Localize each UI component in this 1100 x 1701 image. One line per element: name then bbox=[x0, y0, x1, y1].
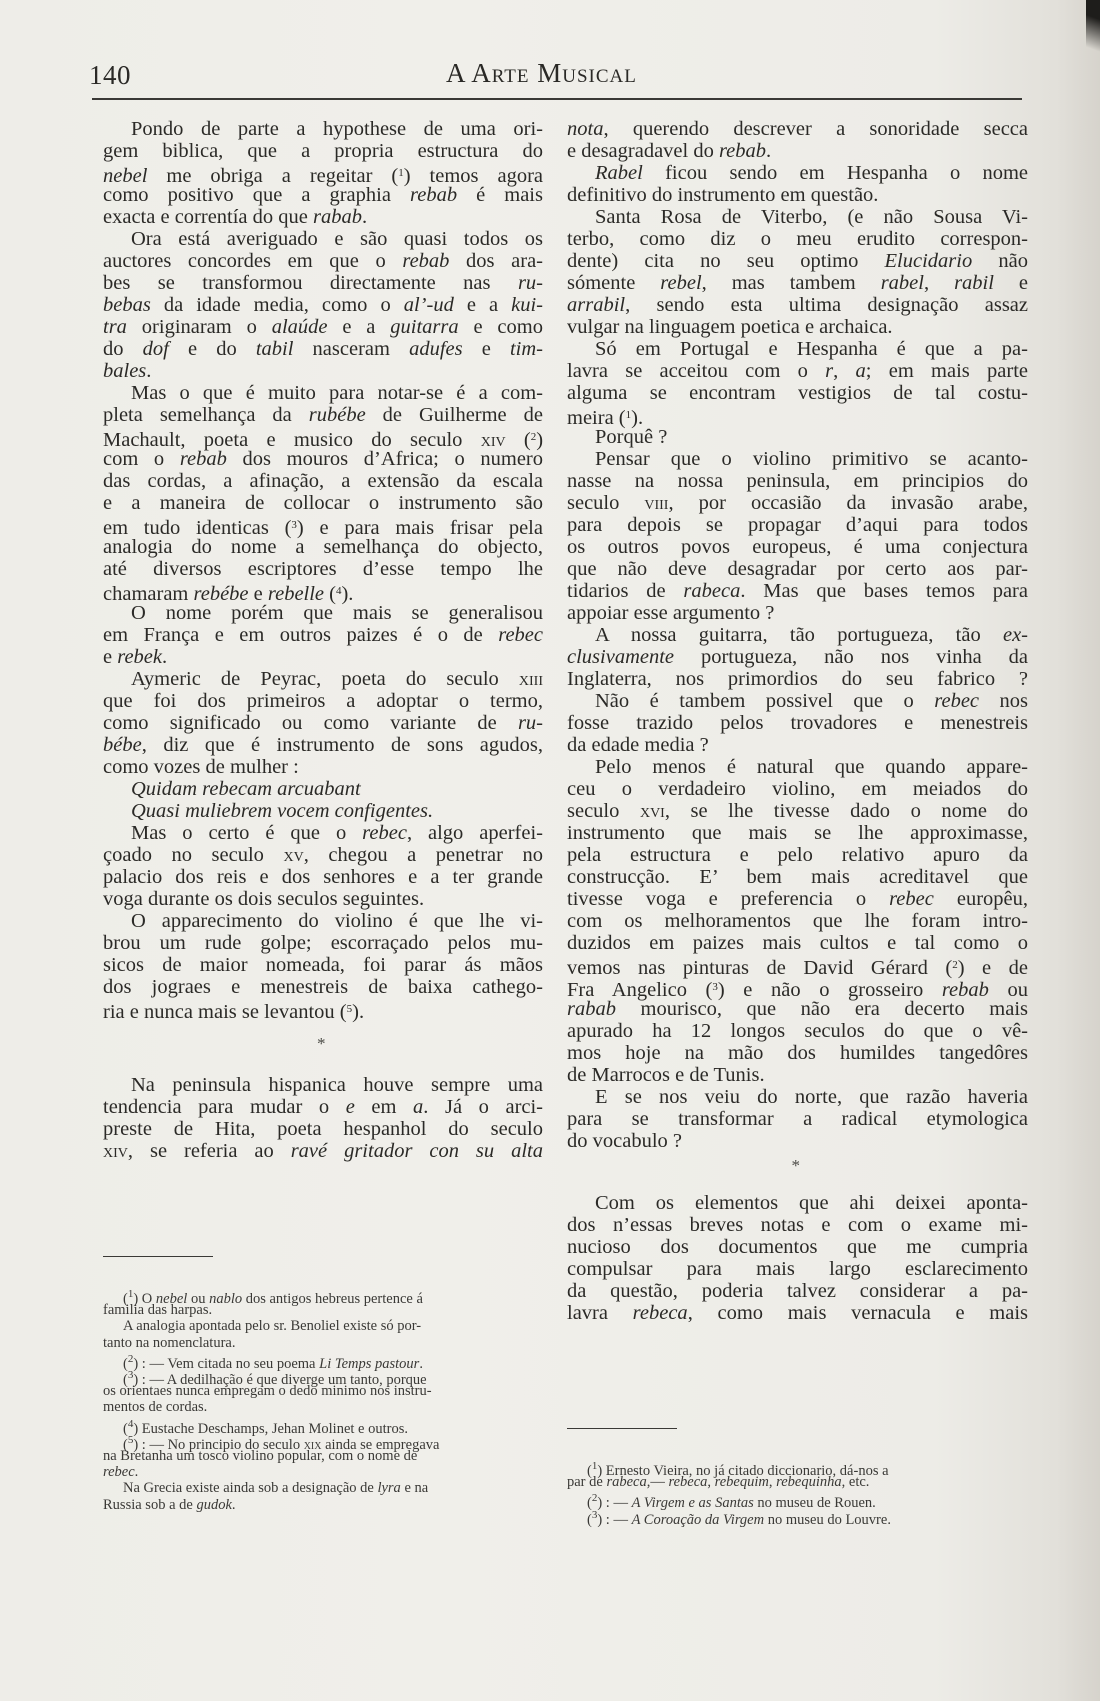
text-line: das cordas, a afinação, a extensão da es… bbox=[103, 470, 543, 492]
text-line: tidarios de rabeca. Mas que bases temos … bbox=[567, 580, 1028, 602]
text-line: com o rebab dos mouros d’Africa; o numer… bbox=[103, 448, 543, 470]
footnote-rule bbox=[103, 1256, 213, 1257]
text-line: seculo viii, por occasião da invasão ara… bbox=[567, 492, 1028, 514]
text-line: compulsar para mais largo esclarecimento bbox=[567, 1258, 1028, 1280]
text-line: bebas da idade media, como o al’-ud e a … bbox=[103, 294, 543, 316]
text-line: tra originaram o alaúde e a guitarra e c… bbox=[103, 316, 543, 338]
text-line: Com os elementos que ahi deixei aponta- bbox=[595, 1192, 1028, 1214]
text-line: bébe, diz que é instrumento de sons agud… bbox=[103, 734, 543, 756]
text-line: os outros povos europeus, é uma conjectu… bbox=[567, 536, 1028, 558]
text-line: e desagradavel do rebab. bbox=[567, 140, 1028, 162]
text-line: construcção. E’ bem mais acreditavel que bbox=[567, 866, 1028, 888]
text-line: para se transformar a radical etymologic… bbox=[567, 1108, 1028, 1130]
text-line: como vozes de mulher : bbox=[103, 756, 543, 778]
scanned-page: 140 A Arte Musical Pondo de parte a hypo… bbox=[0, 0, 1100, 1701]
text-line: auctores concordes em que o rebab dos ar… bbox=[103, 250, 543, 272]
footnote-line: na Bretanha um tosco violino popular, co… bbox=[103, 1448, 539, 1464]
footnote-line: tanto na nomenclatura. bbox=[103, 1335, 539, 1351]
header-rule bbox=[92, 98, 1022, 100]
footnote-line: (2) : — Vem citada no seu poema Li Temps… bbox=[123, 1351, 539, 1367]
text-line: Fra Angelico (3) e não o grosseiro rebab… bbox=[567, 976, 1028, 998]
text-line: Pondo de parte a hypothese de uma ori- bbox=[131, 118, 543, 140]
text-line: Mas o certo é que o rebec, algo aperfei- bbox=[131, 822, 543, 844]
text-line: do vocabulo ? bbox=[567, 1130, 1028, 1152]
text-line: ria e nunca mais se levantou (5). bbox=[103, 998, 543, 1020]
text-line: com os melhoramentos que lhe foram intro… bbox=[567, 910, 1028, 932]
text-line: clusivamente portugueza, não nos vinha d… bbox=[567, 646, 1028, 668]
text-line: xiv, se referia ao ravé gritador con su … bbox=[103, 1140, 543, 1162]
text-line: em França e em outros paizes é o de rebe… bbox=[103, 624, 543, 646]
text-line: da edade media ? bbox=[567, 734, 1028, 756]
text-line: vemos nas pinturas de David Gérard (2) e… bbox=[567, 954, 1028, 976]
footnote-line: mentos de cordas. bbox=[103, 1399, 539, 1415]
text-line: appoiar esse argumento ? bbox=[567, 602, 1028, 624]
footnote-line: (2) : — A Virgem e as Santas no museu de… bbox=[587, 1490, 1024, 1506]
footnote-line: (1) O nebel ou nablo dos antigos hebreus… bbox=[123, 1286, 539, 1302]
footnote-rule bbox=[567, 1428, 677, 1429]
text-line: Não é tambem possivel que o rebec nos bbox=[595, 690, 1028, 712]
text-line: e a maneira de collocar o instrumento sã… bbox=[103, 492, 543, 514]
text-line: O nome porém que mais se generalisou bbox=[131, 602, 543, 624]
text-line: pela estructura e pelo relativo apuro da bbox=[567, 844, 1028, 866]
footnote-line: par de rabeca,— rebeca, rebequim, rebequ… bbox=[567, 1474, 1024, 1490]
text-line: Pensar que o violino primitivo se acanto… bbox=[595, 448, 1028, 470]
text-line: çoado no seculo xv, chegou a penetrar no bbox=[103, 844, 543, 866]
footnote-line: familia das harpas. bbox=[103, 1302, 539, 1318]
text-line: meira (1). bbox=[567, 404, 1028, 426]
text-line: pleta semelhança da rubébe de Guilherme … bbox=[103, 404, 543, 426]
text-line: definitivo do instrumento em questão. bbox=[567, 184, 1028, 206]
running-title: A Arte Musical bbox=[446, 58, 637, 89]
text-line: mos hoje na mão dos humildes tangedôres bbox=[567, 1042, 1028, 1064]
text-line: Quasi muliebrem vocem configentes. bbox=[131, 800, 543, 822]
text-line: para depois se propagar d’aqui para todo… bbox=[567, 514, 1028, 536]
text-line: vulgar na linguagem poetica e archaica. bbox=[567, 316, 1028, 338]
text-line: Pelo menos é natural que quando appare- bbox=[595, 756, 1028, 778]
text-line: Ora está averiguado e são quasi todos os bbox=[131, 228, 543, 250]
text-line: da questão, poderia talvez considerar a … bbox=[567, 1280, 1028, 1302]
footnote-line: (3) : — A dedilhação é que diverge um ta… bbox=[123, 1367, 539, 1383]
text-line: nucioso dos documentos que me cumpria bbox=[567, 1236, 1028, 1258]
text-line: palacio dos reis e dos senhores e a ter … bbox=[103, 866, 543, 888]
text-line: nebel me obriga a regeitar (1) temos ago… bbox=[103, 162, 543, 184]
footnote-line: (3) : — A Coroação da Virgem no museu do… bbox=[587, 1507, 1024, 1523]
text-line: duzidos em paizes mais cultos e tal como… bbox=[567, 932, 1028, 954]
footnote-line: (4) Eustache Deschamps, Jehan Molinet e … bbox=[123, 1416, 539, 1432]
text-line: Rabel ficou sendo em Hespanha o nome bbox=[595, 162, 1028, 184]
text-line: bales. bbox=[103, 360, 543, 382]
page-header: 140 A Arte Musical bbox=[0, 58, 1100, 98]
text-line: chamaram rebébe e rebelle (4). bbox=[103, 580, 543, 602]
text-line: gem biblica, que a propria estructura do bbox=[103, 140, 543, 162]
text-line: alguma se encontram vestigios de tal cos… bbox=[567, 382, 1028, 404]
text-line: terbo, como diz o meu erudito correspon- bbox=[567, 228, 1028, 250]
text-line: em tudo identicas (3) e para mais frisar… bbox=[103, 514, 543, 536]
text-line: instrumento que mais se lhe approximasse… bbox=[567, 822, 1028, 844]
text-line: bes se transformou directamente nas ru- bbox=[103, 272, 543, 294]
footnote-line: (1) Ernesto Vieira, no já citado diccion… bbox=[587, 1458, 1024, 1474]
text-line: tivesse voga e preferencia o rebec europ… bbox=[567, 888, 1028, 910]
text-line: O apparecimento do violino é que lhe vi- bbox=[131, 910, 543, 932]
text-line: lavra rebeca, como mais vernacula e mais bbox=[567, 1302, 1028, 1324]
text-line: sómente rebel, mas tambem rabel, rabil e bbox=[567, 272, 1028, 294]
text-line: nasse na nossa peninsula, em principios … bbox=[567, 470, 1028, 492]
text-line: A nossa guitarra, tão portugueza, tão ex… bbox=[595, 624, 1028, 646]
section-separator-asterisk: * bbox=[792, 1156, 801, 1176]
text-line: exacta e correntía do que rabab. bbox=[103, 206, 543, 228]
text-line: Na peninsula hispanica houve sempre uma bbox=[131, 1074, 543, 1096]
footnote-line: rebec. bbox=[103, 1464, 539, 1480]
text-line: rabab mourisco, que não era decerto mais bbox=[567, 998, 1028, 1020]
text-line: brou um rude golpe; escorraçado pelos mu… bbox=[103, 932, 543, 954]
text-line: fosse trazido pelos trovadores e menestr… bbox=[567, 712, 1028, 734]
text-line: Santa Rosa de Viterbo, (e não Sousa Vi- bbox=[595, 206, 1028, 228]
text-line: E se nos veiu do norte, que razão haveri… bbox=[595, 1086, 1028, 1108]
text-line: ceu o verdadeiro violino, em meiados do bbox=[567, 778, 1028, 800]
section-separator-asterisk: * bbox=[317, 1034, 326, 1054]
text-line: Inglaterra, nos primordios do seu fabric… bbox=[567, 668, 1028, 690]
text-line: seculo xvi, se lhe tivesse dado o nome d… bbox=[567, 800, 1028, 822]
footnote-line: Russia sob a de gudok. bbox=[103, 1497, 539, 1513]
text-line: Porquê ? bbox=[595, 426, 1028, 448]
page-number: 140 bbox=[89, 60, 131, 91]
text-line: lavra se acceitou com o r, a; em mais pa… bbox=[567, 360, 1028, 382]
text-line: apurado ha 12 longos seculos do que o vê… bbox=[567, 1020, 1028, 1042]
text-line: que foi dos primeiros a adoptar o termo, bbox=[103, 690, 543, 712]
text-line: Machault, poeta e musico do seculo xiv (… bbox=[103, 426, 543, 448]
text-line: tendencia para mudar o e em a. Já o arci… bbox=[103, 1096, 543, 1118]
text-line: dos jograes e menestreis de baixa catheg… bbox=[103, 976, 543, 998]
text-line: arrabil, sendo esta ultima designação as… bbox=[567, 294, 1028, 316]
text-line: Quidam rebecam arcuabant bbox=[131, 778, 543, 800]
text-line: preste de Hita, poeta hespanhol do secul… bbox=[103, 1118, 543, 1140]
footnote-line: (5) : — No principio do seculo xix ainda… bbox=[123, 1432, 539, 1448]
text-line: analogia do nome a semelhança do objecto… bbox=[103, 536, 543, 558]
text-line: e rebek. bbox=[103, 646, 543, 668]
text-line: como positivo que a graphia rebab é mais bbox=[103, 184, 543, 206]
text-line: nota, querendo descrever a sonoridade se… bbox=[567, 118, 1028, 140]
footnote-line: os orientaes nunca empregam o dedo minim… bbox=[103, 1383, 539, 1399]
text-line: como significado ou como variante de ru- bbox=[103, 712, 543, 734]
text-line: Aymeric de Peyrac, poeta do seculo xiii bbox=[131, 668, 543, 690]
text-line: dente) cita no seu optimo Elucidario não bbox=[567, 250, 1028, 272]
text-line: até diversos escriptores d’esse tempo lh… bbox=[103, 558, 543, 580]
text-line: dos n’essas breves notas e com o exame m… bbox=[567, 1214, 1028, 1236]
text-line: que não deve desagradar por certo aos pa… bbox=[567, 558, 1028, 580]
footnote-line: A analogia apontada pelo sr. Benoliel ex… bbox=[123, 1318, 539, 1334]
text-line: voga durante os dois seculos seguintes. bbox=[103, 888, 543, 910]
text-line: do dof e do tabil nasceram adufes e tim- bbox=[103, 338, 543, 360]
text-line: sicos de maior nomeada, foi parar ás mão… bbox=[103, 954, 543, 976]
page-edge-shadow bbox=[1086, 0, 1100, 60]
text-line: de Marrocos e de Tunis. bbox=[567, 1064, 1028, 1086]
footnote-line: Na Grecia existe ainda sob a designação … bbox=[123, 1480, 539, 1496]
text-line: Mas o que é muito para notar-se é a com- bbox=[131, 382, 543, 404]
text-line: Só em Portugal e Hespanha é que a pa- bbox=[595, 338, 1028, 360]
